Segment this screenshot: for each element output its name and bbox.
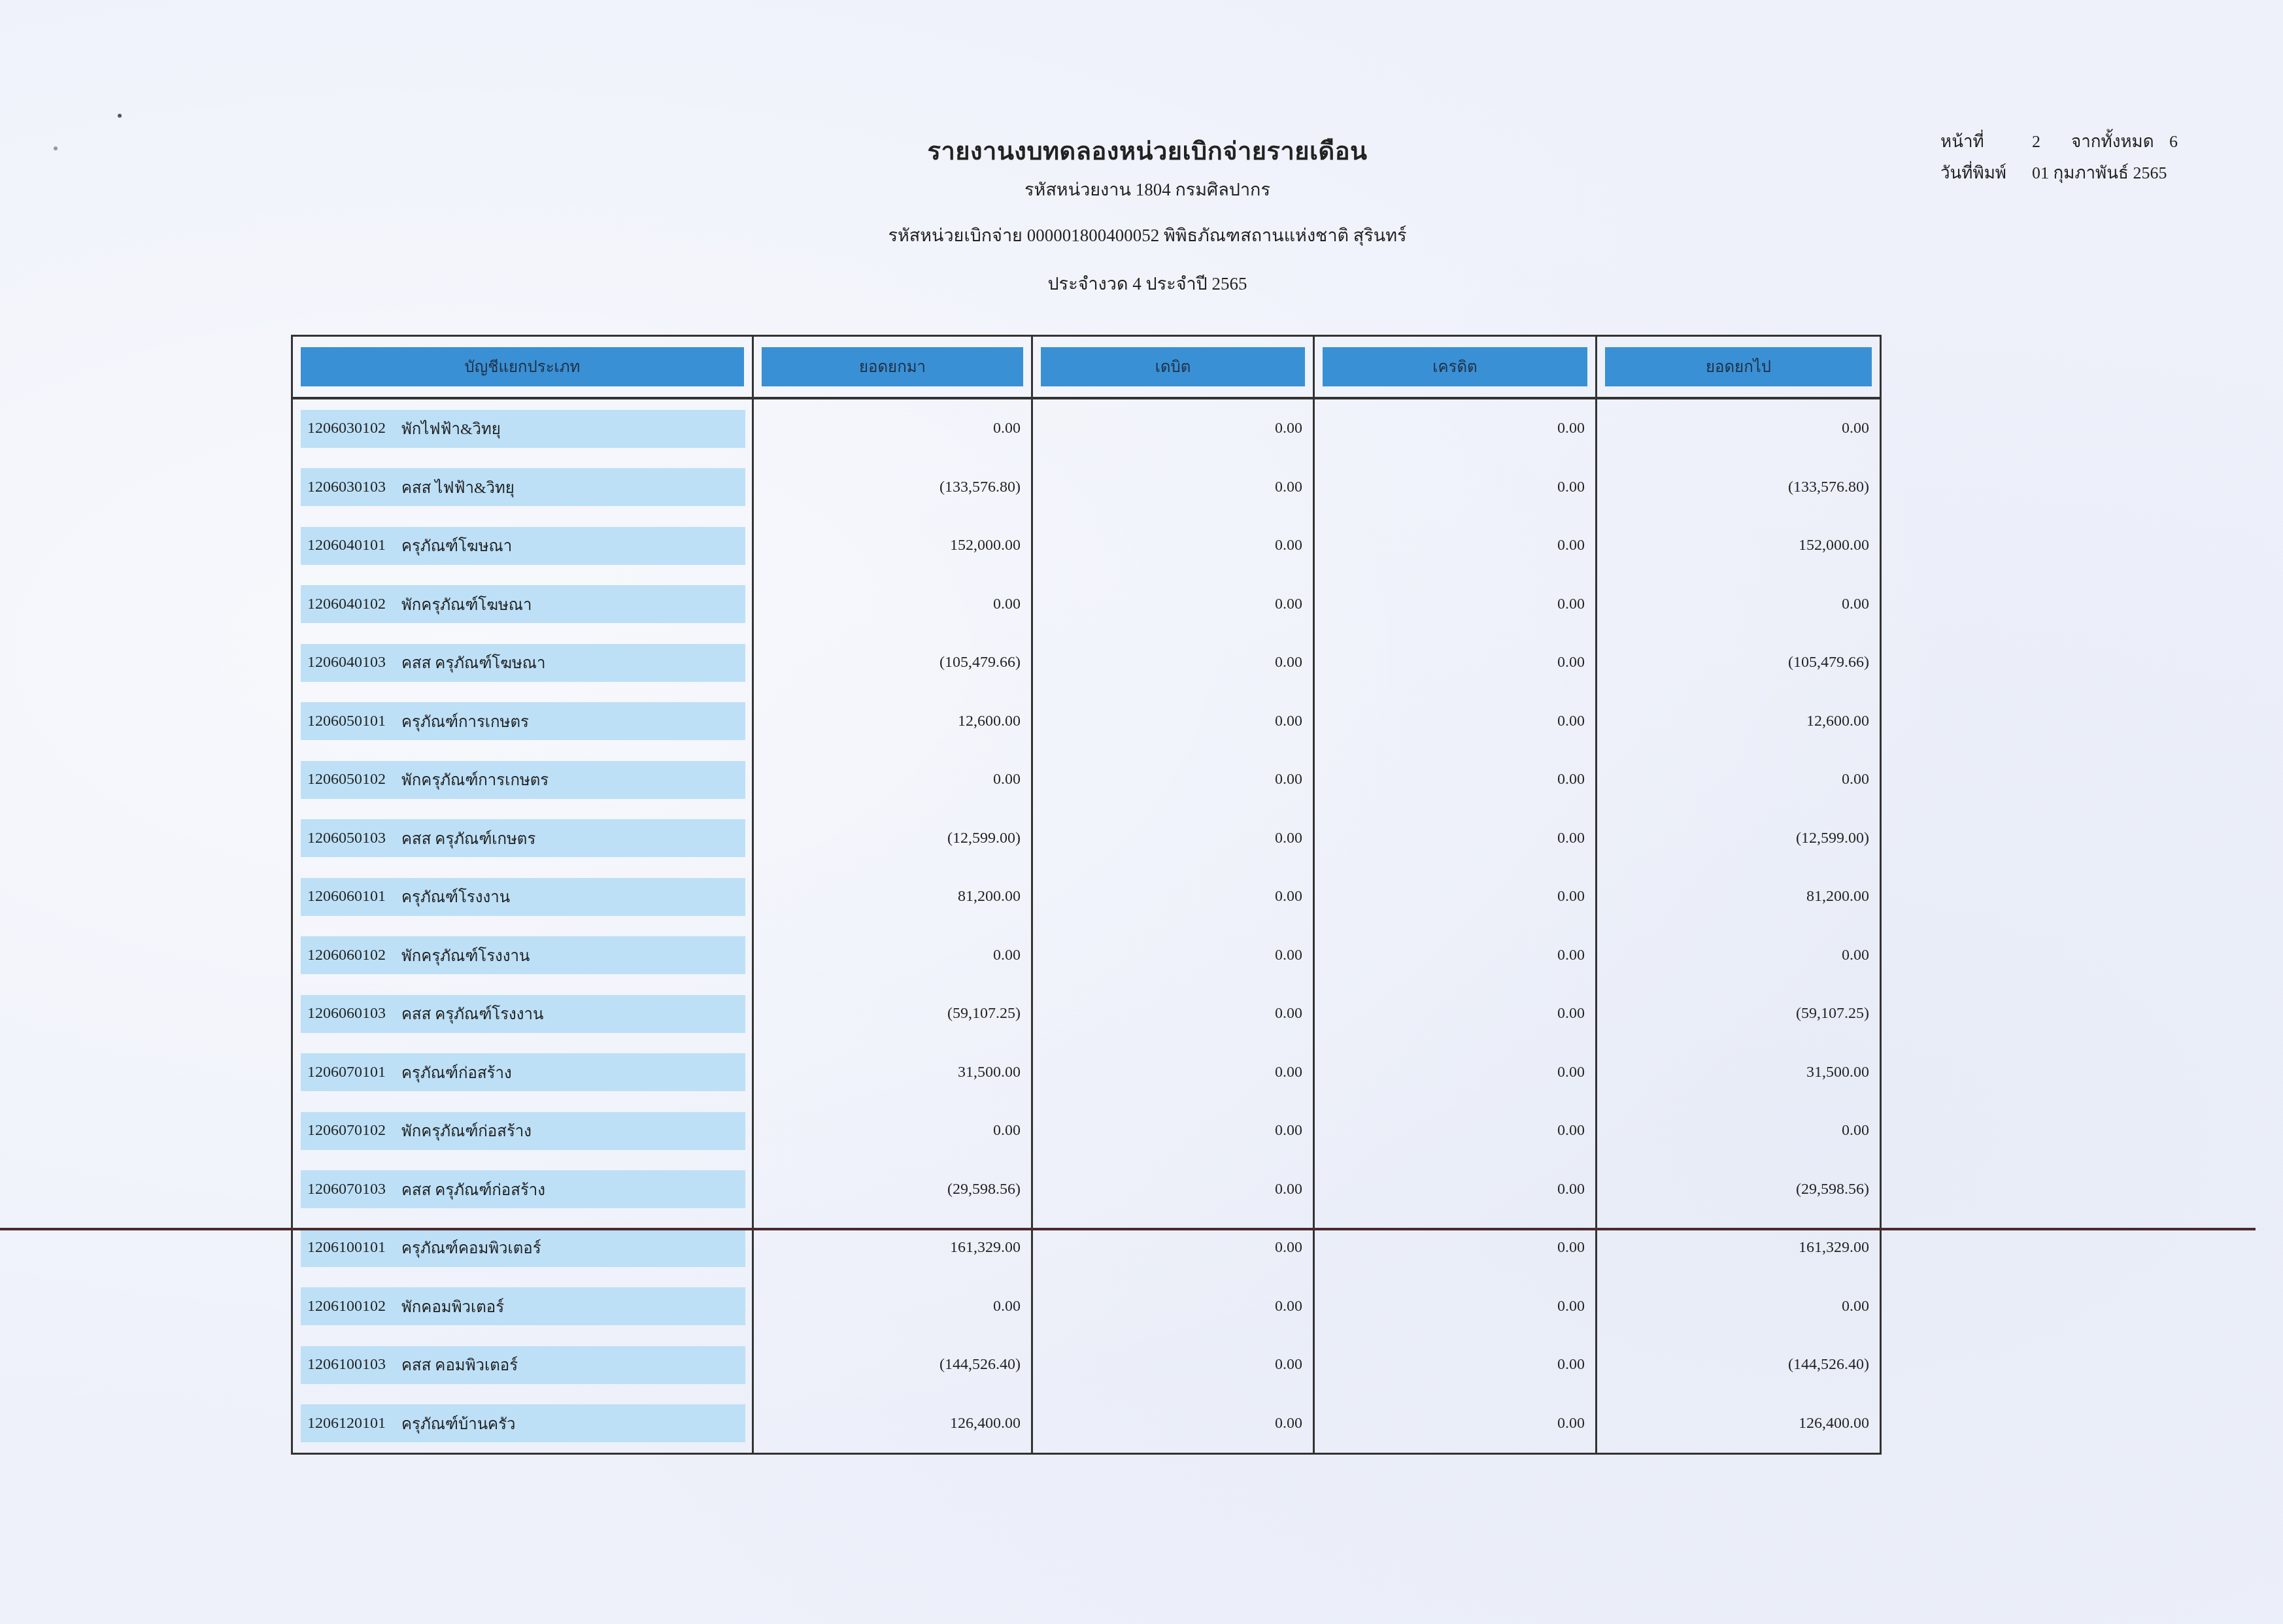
carried-forward-cell: 0.00	[1597, 926, 1881, 985]
brought-forward-cell: 0.00	[753, 1102, 1032, 1160]
account-code: 1206040103	[307, 654, 401, 671]
table-row: 1206050101ครุภัณฑ์การเกษตร12,600.000.000…	[292, 692, 1881, 751]
scan-fold-line	[0, 1228, 2256, 1230]
table-header-row: บัญชีแยกประเภท ยอดยกมา เดบิต เครดิต ยอดย…	[292, 336, 1881, 399]
debit-cell: 0.00	[1032, 692, 1314, 751]
table-body: 1206030102พักไฟฟ้า&วิทยุ0.000.000.000.00…	[292, 398, 1881, 1454]
carried-forward-cell: 0.00	[1597, 1277, 1881, 1336]
carried-forward-cell: (133,576.80)	[1597, 458, 1881, 517]
debit-cell: 0.00	[1032, 1277, 1314, 1336]
debit-cell: 0.00	[1032, 575, 1314, 634]
account-code: 1206060101	[307, 888, 401, 905]
brought-forward-cell: 152,000.00	[753, 516, 1032, 575]
account-cell: 1206050103คสส ครุภัณฑ์เกษตร	[292, 809, 753, 868]
page-label: หน้าที่	[1940, 126, 2032, 158]
account-cell: 1206060101ครุภัณฑ์โรงงาน	[292, 868, 753, 926]
brought-forward-cell: 0.00	[753, 398, 1032, 458]
carried-forward-cell: 12,600.00	[1597, 692, 1881, 751]
carried-forward-cell: (144,526.40)	[1597, 1336, 1881, 1395]
carried-forward-cell: 152,000.00	[1597, 516, 1881, 575]
account-name: คสส ครุภัณฑ์โรงงาน	[401, 1001, 543, 1026]
debit-cell: 0.00	[1032, 1102, 1314, 1160]
table-row: 1206060103คสส ครุภัณฑ์โรงงาน(59,107.25)0…	[292, 985, 1881, 1043]
credit-cell: 0.00	[1314, 809, 1597, 868]
account-code: 1206040101	[307, 537, 401, 554]
brought-forward-cell: (12,599.00)	[753, 809, 1032, 868]
account-cell: 1206060103คสส ครุภัณฑ์โรงงาน	[292, 985, 753, 1043]
table-row: 1206030103คสส ไฟฟ้า&วิทยุ(133,576.80)0.0…	[292, 458, 1881, 517]
table-row: 1206030102พักไฟฟ้า&วิทยุ0.000.000.000.00	[292, 398, 1881, 458]
account-cell: 1206030103คสส ไฟฟ้า&วิทยุ	[292, 458, 753, 517]
account-code: 1206050102	[307, 771, 401, 788]
credit-cell: 0.00	[1314, 692, 1597, 751]
account-code: 1206070102	[307, 1122, 401, 1140]
table-row: 1206040102พักครุภัณฑ์โฆษณา0.000.000.000.…	[292, 575, 1881, 634]
credit-cell: 0.00	[1314, 1160, 1597, 1219]
table-row: 1206040103คสส ครุภัณฑ์โฆษณา(105,479.66)0…	[292, 634, 1881, 692]
account-cell: 1206030102พักไฟฟ้า&วิทยุ	[292, 398, 753, 458]
account-cell: 1206040102พักครุภัณฑ์โฆษณา	[292, 575, 753, 634]
credit-cell: 0.00	[1314, 634, 1597, 692]
column-header-account: บัญชีแยกประเภท	[292, 336, 753, 399]
account-code: 1206060102	[307, 947, 401, 964]
table-row: 1206120101ครุภัณฑ์บ้านครัว126,400.000.00…	[292, 1395, 1881, 1454]
page-number: 2	[2032, 126, 2071, 158]
table-row: 1206100102พักคอมพิวเตอร์0.000.000.000.00	[292, 1277, 1881, 1336]
table-row: 1206050102พักครุภัณฑ์การเกษตร0.000.000.0…	[292, 751, 1881, 809]
carried-forward-cell: (29,598.56)	[1597, 1160, 1881, 1219]
account-cell: 1206050101ครุภัณฑ์การเกษตร	[292, 692, 753, 751]
debit-cell: 0.00	[1032, 868, 1314, 926]
brought-forward-cell: (105,479.66)	[753, 634, 1032, 692]
table-row: 1206100103คสส คอมพิวเตอร์(144,526.40)0.0…	[292, 1336, 1881, 1395]
credit-cell: 0.00	[1314, 751, 1597, 809]
account-code: 1206120101	[307, 1415, 401, 1432]
account-name: พักคอมพิวเตอร์	[401, 1294, 504, 1319]
carried-forward-cell: 126,400.00	[1597, 1395, 1881, 1454]
table-row: 1206060102พักครุภัณฑ์โรงงาน0.000.000.000…	[292, 926, 1881, 985]
account-cell: 1206070102พักครุภัณฑ์ก่อสร้าง	[292, 1102, 753, 1160]
brought-forward-cell: 0.00	[753, 926, 1032, 985]
carried-forward-cell: 0.00	[1597, 1102, 1881, 1160]
account-code: 1206040102	[307, 596, 401, 613]
brought-forward-cell: 31,500.00	[753, 1043, 1032, 1102]
brought-forward-cell: 0.00	[753, 575, 1032, 634]
debit-cell: 0.00	[1032, 398, 1314, 458]
credit-cell: 0.00	[1314, 1277, 1597, 1336]
credit-cell: 0.00	[1314, 458, 1597, 517]
account-code: 1206030102	[307, 420, 401, 437]
debit-cell: 0.00	[1032, 1043, 1314, 1102]
account-code: 1206100101	[307, 1239, 401, 1257]
account-name: พักไฟฟ้า&วิทยุ	[401, 416, 501, 441]
table-row: 1206040101ครุภัณฑ์โฆษณา152,000.000.000.0…	[292, 516, 1881, 575]
table-row: 1206070102พักครุภัณฑ์ก่อสร้าง0.000.000.0…	[292, 1102, 1881, 1160]
column-header-debit: เดบิต	[1032, 336, 1314, 399]
debit-cell: 0.00	[1032, 1160, 1314, 1219]
account-name: ครุภัณฑ์ก่อสร้าง	[401, 1060, 512, 1085]
account-code: 1206070103	[307, 1181, 401, 1198]
account-code: 1206050103	[307, 830, 401, 847]
period-line: ประจำงวด 4 ประจำปี 2565	[0, 269, 2283, 297]
brought-forward-cell: 0.00	[753, 751, 1032, 809]
account-name: พักครุภัณฑ์โฆษณา	[401, 592, 532, 617]
brought-forward-cell: (29,598.56)	[753, 1160, 1032, 1219]
table-row: 1206050103คสส ครุภัณฑ์เกษตร(12,599.00)0.…	[292, 809, 1881, 868]
debit-cell: 0.00	[1032, 516, 1314, 575]
debit-cell: 0.00	[1032, 458, 1314, 517]
account-name: คสส คอมพิวเตอร์	[401, 1352, 518, 1378]
page-info: หน้าที่ 2 จากทั้งหมด 6 วันที่พิมพ์ 01 กุ…	[1940, 126, 2178, 189]
column-header-brought-forward: ยอดยกมา	[753, 336, 1032, 399]
table-row: 1206060101ครุภัณฑ์โรงงาน81,200.000.000.0…	[292, 868, 1881, 926]
account-name: พักครุภัณฑ์การเกษตร	[401, 767, 549, 792]
credit-cell: 0.00	[1314, 1395, 1597, 1454]
account-cell: 1206060102พักครุภัณฑ์โรงงาน	[292, 926, 753, 985]
account-cell: 1206120101ครุภัณฑ์บ้านครัว	[292, 1395, 753, 1454]
account-name: พักครุภัณฑ์โรงงาน	[401, 943, 530, 968]
account-cell: 1206070103คสส ครุภัณฑ์ก่อสร้าง	[292, 1160, 753, 1219]
account-code: 1206030103	[307, 479, 401, 496]
account-cell: 1206070101ครุภัณฑ์ก่อสร้าง	[292, 1043, 753, 1102]
debit-cell: 0.00	[1032, 751, 1314, 809]
disbursement-unit-line: รหัสหน่วยเบิกจ่าย 000001800400052 พิพิธภ…	[0, 221, 2283, 249]
account-name: คสส ครุภัณฑ์ก่อสร้าง	[401, 1177, 545, 1202]
credit-cell: 0.00	[1314, 398, 1597, 458]
print-date: 01 กุมภาพันธ์ 2565	[2032, 158, 2167, 189]
table-row: 1206070101ครุภัณฑ์ก่อสร้าง31,500.000.000…	[292, 1043, 1881, 1102]
account-name: ครุภัณฑ์บ้านครัว	[401, 1411, 516, 1436]
account-cell: 1206040103คสส ครุภัณฑ์โฆษณา	[292, 634, 753, 692]
account-cell: 1206100102พักคอมพิวเตอร์	[292, 1277, 753, 1336]
total-label: จากทั้งหมด	[2071, 126, 2169, 158]
carried-forward-cell: (105,479.66)	[1597, 634, 1881, 692]
debit-cell: 0.00	[1032, 809, 1314, 868]
brought-forward-cell: 0.00	[753, 1277, 1032, 1336]
carried-forward-cell: (12,599.00)	[1597, 809, 1881, 868]
account-cell: 1206100103คสส คอมพิวเตอร์	[292, 1336, 753, 1395]
brought-forward-cell: (59,107.25)	[753, 985, 1032, 1043]
credit-cell: 0.00	[1314, 516, 1597, 575]
total-pages: 6	[2169, 126, 2178, 158]
brought-forward-cell: 81,200.00	[753, 868, 1032, 926]
credit-cell: 0.00	[1314, 1102, 1597, 1160]
credit-cell: 0.00	[1314, 985, 1597, 1043]
account-code: 1206100102	[307, 1298, 401, 1315]
table-row: 1206070103คสส ครุภัณฑ์ก่อสร้าง(29,598.56…	[292, 1160, 1881, 1219]
account-code: 1206070101	[307, 1064, 401, 1081]
column-header-carried-forward: ยอดยกไป	[1597, 336, 1881, 399]
trial-balance-table: บัญชีแยกประเภท ยอดยกมา เดบิต เครดิต ยอดย…	[291, 335, 1882, 1455]
debit-cell: 0.00	[1032, 1336, 1314, 1395]
account-name: คสส ครุภัณฑ์เกษตร	[401, 826, 535, 851]
carried-forward-cell: 0.00	[1597, 751, 1881, 809]
account-name: พักครุภัณฑ์ก่อสร้าง	[401, 1118, 532, 1143]
punch-mark	[118, 114, 122, 118]
carried-forward-cell: 31,500.00	[1597, 1043, 1881, 1102]
print-date-label: วันที่พิมพ์	[1940, 158, 2032, 189]
debit-cell: 0.00	[1032, 1395, 1314, 1454]
account-name: ครุภัณฑ์คอมพิวเตอร์	[401, 1235, 541, 1260]
debit-cell: 0.00	[1032, 634, 1314, 692]
account-cell: 1206050102พักครุภัณฑ์การเกษตร	[292, 751, 753, 809]
debit-cell: 0.00	[1032, 985, 1314, 1043]
carried-forward-cell: (59,107.25)	[1597, 985, 1881, 1043]
credit-cell: 0.00	[1314, 1336, 1597, 1395]
account-code: 1206060103	[307, 1005, 401, 1023]
credit-cell: 0.00	[1314, 868, 1597, 926]
account-name: คสส ไฟฟ้า&วิทยุ	[401, 475, 515, 500]
account-name: ครุภัณฑ์โรงงาน	[401, 884, 510, 909]
account-name: ครุภัณฑ์โฆษณา	[401, 533, 512, 558]
credit-cell: 0.00	[1314, 575, 1597, 634]
brought-forward-cell: (144,526.40)	[753, 1336, 1032, 1395]
column-header-credit: เครดิต	[1314, 336, 1597, 399]
credit-cell: 0.00	[1314, 926, 1597, 985]
carried-forward-cell: 0.00	[1597, 398, 1881, 458]
credit-cell: 0.00	[1314, 1043, 1597, 1102]
brought-forward-cell: (133,576.80)	[753, 458, 1032, 517]
account-name: ครุภัณฑ์การเกษตร	[401, 709, 529, 734]
account-name: คสส ครุภัณฑ์โฆษณา	[401, 650, 546, 675]
brought-forward-cell: 126,400.00	[753, 1395, 1032, 1454]
debit-cell: 0.00	[1032, 926, 1314, 985]
carried-forward-cell: 81,200.00	[1597, 868, 1881, 926]
account-cell: 1206040101ครุภัณฑ์โฆษณา	[292, 516, 753, 575]
account-code: 1206050101	[307, 713, 401, 730]
account-code: 1206100103	[307, 1356, 401, 1374]
carried-forward-cell: 0.00	[1597, 575, 1881, 634]
brought-forward-cell: 12,600.00	[753, 692, 1032, 751]
